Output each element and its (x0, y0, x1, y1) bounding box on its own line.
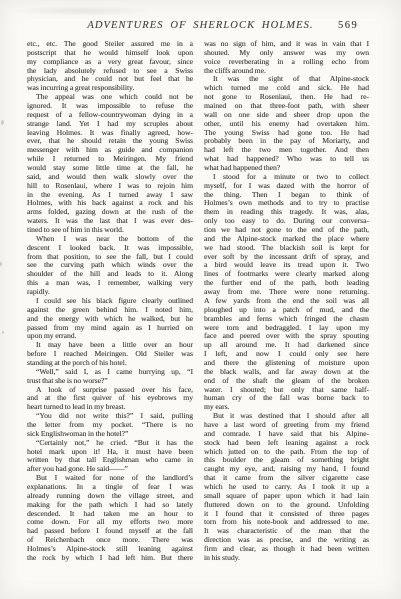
paragraph: I could see his black figure clearly out… (27, 297, 193, 341)
paragraph: It was the sight of that Alpine-stockwhi… (204, 75, 369, 172)
text-line: before I reached Meiringen. Old Steiler … (27, 350, 193, 359)
paragraph: A look of surprise passed over his face,… (27, 386, 193, 413)
text-line: It was characteristic of the man that th… (204, 527, 369, 536)
scan-smudge (12, 6, 152, 16)
text-line: The young Swiss had gone too. He had (204, 129, 369, 138)
text-line: waters. It was the last that I was ever … (27, 217, 193, 226)
text-line: in the evening. As I turned away I saw (27, 191, 193, 200)
text-line: lines of footmarks were clearly marked a… (204, 270, 369, 279)
text-line: up all around me. It had darkened since (204, 341, 369, 350)
text-line: and comrade. I have said that his Alpine… (204, 430, 369, 439)
text-line: standing at the porch of his hotel. (27, 359, 193, 368)
text-line: arms folded, gazing down at the rush of … (27, 208, 193, 217)
text-line: trust that she is no worse?” (27, 377, 193, 386)
text-line: only too easy to do. During our conversa… (204, 217, 369, 226)
text-line: we had stood. The blackish soil is kept … (204, 244, 369, 253)
text-line: and the energy with which he walked, but… (27, 315, 193, 324)
text-line: “Certainly not,” he cried. “But it has t… (27, 439, 193, 448)
text-line: ever soft by the incessant drift of spra… (204, 253, 369, 262)
paragraph: etc., etc. The good Steiler assured me i… (27, 40, 193, 93)
book-page: ADVENTURES OF SHERLOCK HOLMES. 569 etc.,… (0, 0, 401, 599)
text-line: it I found that it consisted of three pa… (204, 510, 369, 519)
text-line: face and peered over with the spray spou… (204, 332, 369, 341)
text-line: the cliffs around me. (204, 67, 369, 76)
paragraph: I stood for a minute or two to collectmy… (204, 173, 369, 412)
text-line: the lady absolutely refused to see a Swi… (27, 67, 193, 76)
text-line: tined to see of him in this world. (27, 226, 193, 235)
text-line: heart turned to lead in my breast. (27, 403, 193, 412)
text-line: that it came from the silver cigarette c… (204, 474, 369, 483)
text-line: postscript that he would himself look up… (27, 49, 193, 58)
text-line: had passed before I found myself at the … (27, 527, 193, 536)
scan-speck (1, 120, 4, 125)
text-line: human cry of the fall was borne back to (204, 394, 369, 403)
text-line: away from me. There were none returning. (204, 288, 369, 297)
text-line: which turned me cold and sick. He had (204, 84, 369, 93)
text-line: making for the path which I had so latel… (27, 501, 193, 510)
paragraph: It may have been a little over an hourbe… (27, 341, 193, 368)
text-line: them in reading this tragedy. It was, al… (204, 208, 369, 217)
text-line: stock had been left leaning against a ro… (204, 439, 369, 448)
text-column-right: was no sign of him, and it was in vain t… (204, 40, 369, 563)
text-line: descended. It had taken me an hour to (27, 510, 193, 519)
text-line: messenger with him as guide and companio… (27, 146, 193, 155)
text-line: the rock by which I had left him. But th… (27, 554, 193, 563)
text-line: against the green behind him. I noted hi… (27, 306, 193, 315)
text-line: would stay some little time at the fall,… (27, 164, 193, 173)
text-line: of Reichenbach once more. There was (27, 536, 193, 545)
text-line: my compliance as a very great favour, si… (27, 58, 193, 67)
text-line: etc., etc. The good Steiler assured me i… (27, 40, 193, 49)
text-line: ignored. It was impossible to refuse the (27, 102, 193, 111)
text-line: hill to Rosenlaui, where I was to rejoin… (27, 182, 193, 191)
text-line: small square of paper upon which it had … (204, 492, 369, 501)
text-line: probably been in the pay of Moriarty, an… (204, 137, 369, 146)
text-line: It was the sight of that Alpine-stock (204, 75, 369, 84)
text-line: tion we had not gone to the end of the p… (204, 226, 369, 235)
text-line: ploughed up into a patch of mud, and the (204, 306, 369, 315)
text-line: not gone to Rosenlaui, then. He had re- (204, 93, 369, 102)
text-line: which jutted on to the path. From the to… (204, 448, 369, 457)
text-line: shouted. My only answer was my own (204, 49, 369, 58)
text-line: hotel mark upon it! Ha, it must have bee… (27, 448, 193, 457)
text-line: myself, for I was dazed with the horror … (204, 182, 369, 191)
text-line: I left, and now I could only see here (204, 350, 369, 359)
text-line: I stood for a minute or two to collect (204, 173, 369, 182)
text-line: ever, that he should retain the young Sw… (27, 137, 193, 146)
text-line: upon my errand. (27, 332, 193, 341)
paragraph: “Certainly not,” he cried. “But it has t… (27, 439, 193, 474)
text-line: the black walls, and far away down at th… (204, 368, 369, 377)
scan-speck (2, 331, 4, 334)
text-line: have a last word of greeting from my fri… (204, 421, 369, 430)
text-line: “Well,” said I, as I came hurrying up, “… (27, 368, 193, 377)
page-number: 569 (338, 20, 358, 31)
text-line: passed from my mind again as I hurried o… (27, 324, 193, 333)
text-line: voice reverberating in a rolling echo fr… (204, 58, 369, 67)
text-line: and the Alpine-stock marked the place wh… (204, 235, 369, 244)
text-line: had left the two men together. And then (204, 146, 369, 155)
text-line: It may have been a little over an hour (27, 341, 193, 350)
text-line: from that position, to see the fall, but… (27, 253, 193, 262)
text-line: torn from his note-book and addressed to… (204, 518, 369, 527)
paragraph: The appeal was one which could not beign… (27, 93, 193, 235)
text-line: “You did not write this?” I said, pullin… (27, 412, 193, 421)
text-line: brambles and ferns which fringed the cha… (204, 315, 369, 324)
text-line: fluttered down on to the ground. Unfoldi… (204, 501, 369, 510)
text-line: this a man was, I remember, walking very (27, 279, 193, 288)
text-line: said, and would then walk slowly over th… (27, 173, 193, 182)
text-line: the letter from my pocket. “There is no (27, 421, 193, 430)
text-line: which he used to carry. As I took it up … (204, 483, 369, 492)
text-line: Holmes’s Alpine-stock still leaning agai… (27, 545, 193, 554)
text-line: was incurring a great responsibility. (27, 84, 193, 93)
paragraph: When I was near the bottom of thedescent… (27, 235, 193, 297)
text-line: already running down the village street,… (27, 492, 193, 501)
scan-speck (0, 262, 2, 266)
text-line: the further end of the path, both leadin… (204, 279, 369, 288)
text-line: a bird would leave its tread upon it. Tw… (204, 261, 369, 270)
text-line: rapidly. (27, 288, 193, 297)
text-line: and at the first quiver of his eyebrows … (27, 394, 193, 403)
running-header: ADVENTURES OF SHERLOCK HOLMES. 569 (0, 20, 401, 34)
text-line: caught my eye, and, raising my hand, I f… (204, 465, 369, 474)
text-line: water. I shouted; but only that same hal… (204, 386, 369, 395)
text-line: written by that tall Englishman who came… (27, 456, 193, 465)
text-line: see the curving path which winds over th… (27, 261, 193, 270)
text-line: my ears. (204, 403, 369, 412)
text-line: The appeal was one which could not be (27, 93, 193, 102)
text-line: physician, and he could not but feel tha… (27, 75, 193, 84)
text-line: wall on one side and sheer drop upon the (204, 111, 369, 120)
text-line: strange land. Yet I had my scruples abou… (27, 120, 193, 129)
text-line: request of a fellow-countrywoman dying i… (27, 111, 193, 120)
text-line: leaving Holmes. It was finally agreed, h… (27, 129, 193, 138)
text-line: mained on that three-foot path, with she… (204, 102, 369, 111)
text-column-left: etc., etc. The good Steiler assured me i… (27, 40, 193, 563)
text-line: I could see his black figure clearly out… (27, 297, 193, 306)
text-line: shoulder of the hill and leads to it. Al… (27, 270, 193, 279)
text-line: after you had gone. He said——” (27, 465, 193, 474)
paragraph: But it was destined that I should after … (204, 412, 369, 563)
text-line: descent I looked back. It was impossible… (27, 244, 193, 253)
text-line: A look of surprise passed over his face, (27, 386, 193, 395)
text-line: and there the glistening of moisture upo… (204, 359, 369, 368)
text-line: firm and clear, as though it had been wr… (204, 545, 369, 554)
text-line: explanations. In a tingle of fear I was (27, 483, 193, 492)
text-line: were torn and bedraggled. I lay upon my (204, 324, 369, 333)
text-line: When I was near the bottom of the (27, 235, 193, 244)
paragraph: “You did not write this?” I said, pullin… (27, 412, 193, 439)
text-line: But it was destined that I should after … (204, 412, 369, 421)
text-line: was no sign of him, and it was in vain t… (204, 40, 369, 49)
text-line: end of the shaft the gleam of the broken (204, 377, 369, 386)
paragraph: “Well,” said I, as I came hurrying up, “… (27, 368, 193, 386)
text-line: direction was as precise, and the writin… (204, 536, 369, 545)
text-line: the thing. Then I began to think of (204, 191, 369, 200)
text-line: A few yards from the end the soil was al… (204, 297, 369, 306)
text-line: in his study. (204, 554, 369, 563)
text-line: this boulder the gleam of something brig… (204, 456, 369, 465)
paragraph: was no sign of him, and it was in vain t… (204, 40, 369, 75)
text-line: what had happened? Who was to tell us (204, 155, 369, 164)
text-line: But I waited for none of the landlord’s (27, 474, 193, 483)
text-line: what had happened then? (204, 164, 369, 173)
text-line: come down. For all my efforts two more (27, 518, 193, 527)
text-line: Holmes’s own methods and to try to pract… (204, 199, 369, 208)
text-line: sick Englishwoman in the hotel?” (27, 430, 193, 439)
text-line: other, until his enemy had overtaken him… (204, 120, 369, 129)
text-line: Holmes, with his back against a rock and… (27, 199, 193, 208)
text-line: while I returned to Meiringen. My friend (27, 155, 193, 164)
paragraph: But I waited for none of the landlord’se… (27, 474, 193, 563)
